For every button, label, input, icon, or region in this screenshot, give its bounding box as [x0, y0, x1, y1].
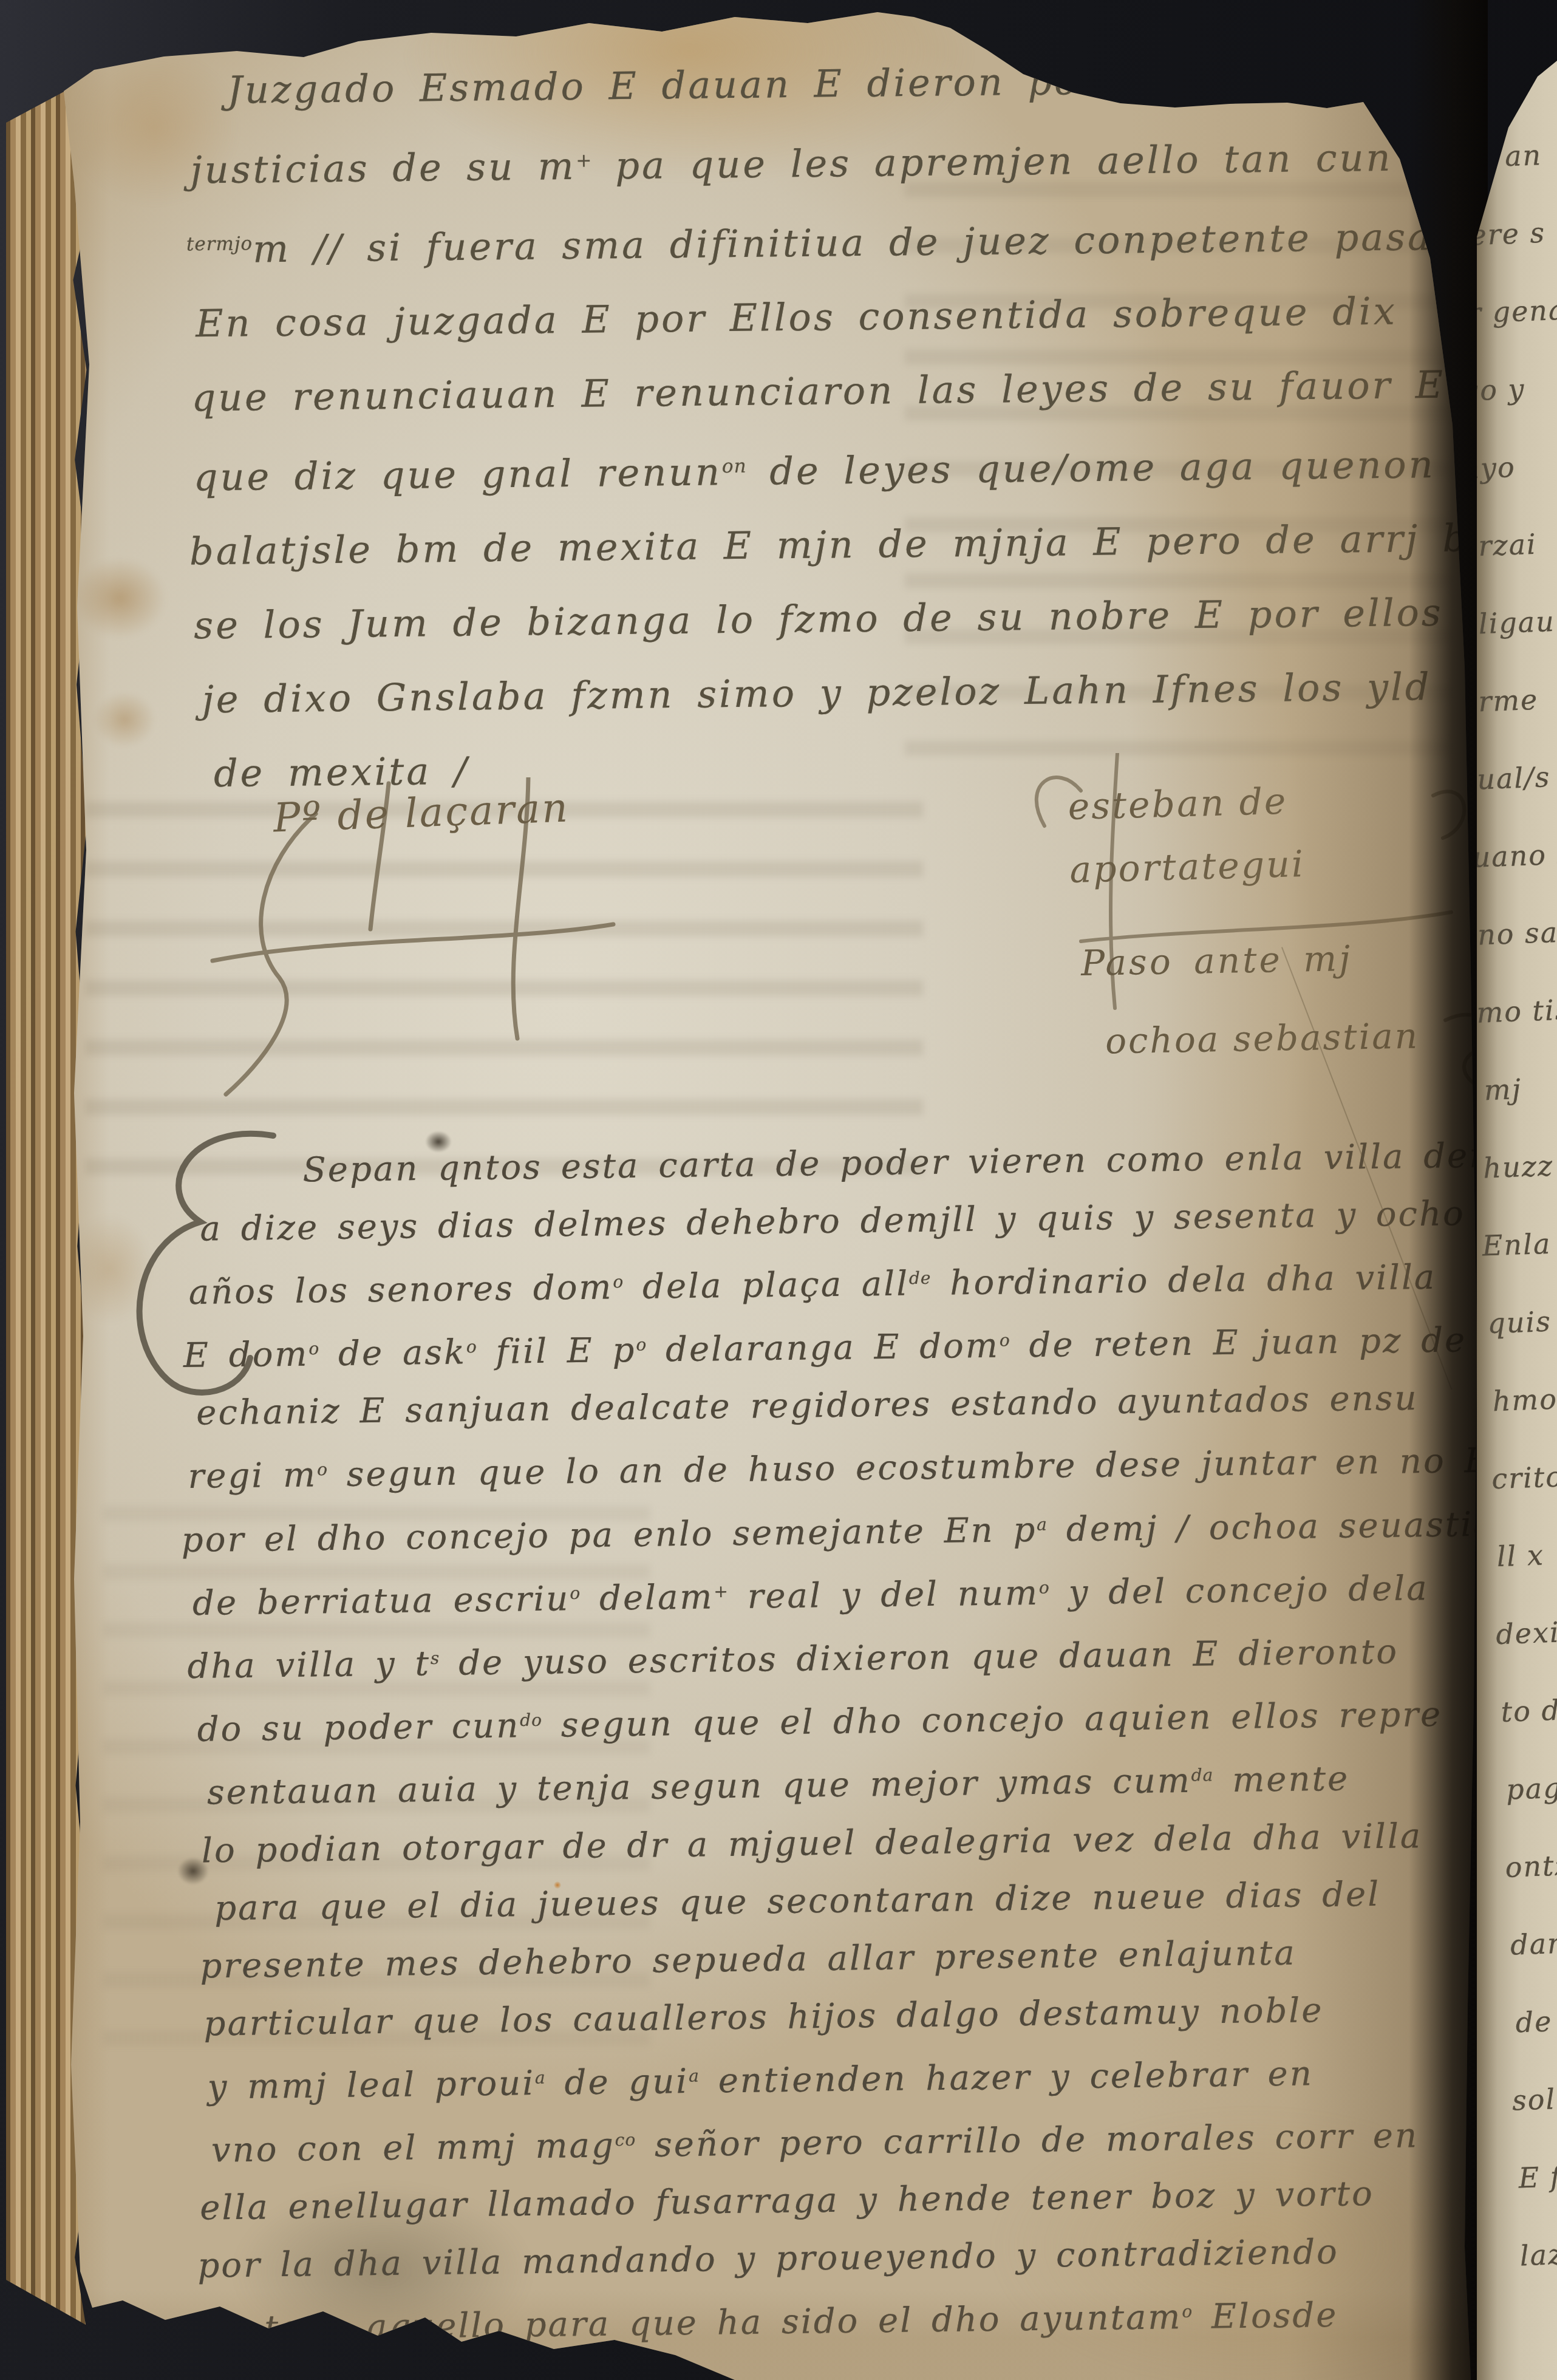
- line-text: mo tis: [1476, 993, 1557, 1029]
- line-text: por la dha villa mandando y proueyendo y…: [197, 2232, 1339, 2286]
- line-text: m // si fuera sma difinitiua de juez con…: [253, 214, 1433, 271]
- foxing-spot: [94, 692, 155, 747]
- manuscript-line: huzz: [1483, 1148, 1557, 1229]
- line-text: solli: [1511, 2082, 1557, 2117]
- line-text: de yuso escritos dixieron que dauan E di…: [440, 1632, 1399, 1683]
- line-text: vno con el mmj mag: [211, 2126, 615, 2170]
- line-text: irme: [1468, 683, 1539, 718]
- manuscript-line: dexis: [1495, 1615, 1557, 1696]
- abbreviation-mark: de: [909, 1268, 932, 1288]
- abbreviation-mark: on: [722, 455, 747, 477]
- paragraph-2: Sepan qntos esta carta de poder vieren c…: [172, 1126, 1557, 2358]
- gutter-shadow: [1409, 0, 1488, 2380]
- line-text: de leyes que/ome aga quenon: [746, 442, 1436, 494]
- manuscript-line: que diz que gnal renunon de leyes que/om…: [193, 420, 1557, 515]
- manuscript-photo: Juzgado Esmado E dauan E dieron poder cu…: [0, 0, 1557, 2380]
- abbreviation-mark: termjo: [186, 233, 253, 255]
- line-text: fiil E p: [477, 1331, 636, 1372]
- manuscript-line: justicias de su m+ pa que les apremjen a…: [190, 113, 1557, 208]
- line-text: jual/s: [1467, 760, 1551, 796]
- line-text: segun que el dho concejo aquien ellos re…: [542, 1695, 1443, 1745]
- line-text: hmo: [1492, 1382, 1557, 1417]
- manuscript-line: ll x: [1496, 1537, 1557, 1618]
- line-text: y mmj leal proui: [207, 2064, 535, 2107]
- line-text: dela plaça all: [624, 1264, 910, 1307]
- line-text: ella enellugar llamado fusarraga y hende…: [200, 2174, 1374, 2228]
- line-text: Elosde: [1193, 2296, 1338, 2337]
- manuscript-line: En cosa juzgada E por Ellos consentida s…: [196, 272, 1557, 361]
- line-text: mj: [1484, 1072, 1522, 1106]
- abbreviation-mark: +: [714, 1581, 729, 1601]
- abbreviation-mark: do: [520, 1710, 542, 1730]
- abbreviation-mark: da: [1191, 1765, 1214, 1785]
- manuscript-line: Enla: [1482, 1226, 1557, 1307]
- manuscript-line: mo tis: [1476, 994, 1557, 1074]
- manuscript-line: E fil: [1518, 2158, 1557, 2239]
- line-text: sentauan auia y tenja segun que mejor ym…: [207, 1761, 1192, 1813]
- abbreviation-mark: a: [1037, 1514, 1048, 1534]
- line-text: de reten E juan pz de: [1010, 1320, 1467, 1365]
- signature-right-line: esteban de: [1067, 769, 1304, 839]
- line-text: justicias de su m: [190, 144, 576, 193]
- line-text: En todo aquello para que ha sido el dho …: [195, 2297, 1182, 2349]
- line-text: Sepan qntos esta carta de poder vieren c…: [302, 1135, 1557, 1190]
- manuscript-line: je dixo Gnslaba fzmn simo y pzeloz Lahn …: [202, 648, 1557, 737]
- line-text: delam: [581, 1577, 714, 1618]
- signature-left: Pº de laçaran: [273, 785, 570, 842]
- line-text: delaranga E dom: [647, 1326, 1000, 1370]
- line-text: señor pero carrillo de morales corr en: [636, 2116, 1419, 2165]
- manuscript-line: Juzgado Esmado E dauan E dieron poder cu…: [227, 39, 1557, 128]
- line-text: E dom: [183, 1335, 309, 1376]
- manuscript-line: termjom // si fuera sma difinitiua de ju…: [186, 193, 1557, 287]
- manuscript-line: dar P: [1510, 1926, 1557, 2007]
- line-text: echaniz E sanjuan dealcate regidores est…: [196, 1379, 1419, 1433]
- line-text: y del concejo dela: [1050, 1569, 1429, 1613]
- line-text: E fil: [1518, 2160, 1557, 2195]
- line-text: regi m: [188, 1456, 317, 1497]
- abbreviation-mark: o: [466, 1337, 477, 1357]
- line-text: a dize seys dias delmes dehebro demjll y…: [200, 1194, 1465, 1249]
- line-text: de ger: [1515, 2003, 1557, 2039]
- manuscript-line: no sau: [1477, 916, 1557, 997]
- manuscript-line: solli: [1511, 2081, 1557, 2162]
- line-text: que diz que gnal renun: [193, 450, 722, 500]
- manuscript-line: jual/s: [1467, 760, 1557, 841]
- facing-page-edge: llo anuere sor genago ynyoorzaioligauirm…: [1477, 36, 1557, 2380]
- abbreviation-mark: o: [636, 1335, 647, 1355]
- line-text: to del: [1501, 1693, 1557, 1728]
- abbreviation-mark: o: [1000, 1330, 1010, 1350]
- line-text: real y del num: [729, 1574, 1040, 1617]
- line-text: se los Jum de bizanga lo fzmo de su nobr…: [194, 588, 1557, 648]
- abbreviation-mark: o: [1039, 1577, 1050, 1597]
- line-text: je dixo Gnslaba fzmn simo y pzeloz Lahn …: [202, 664, 1432, 721]
- line-text: lazes: [1519, 2237, 1557, 2272]
- line-text: ontza: [1505, 1848, 1557, 1884]
- line-text: presente mes dehebro sepueda allar prese…: [200, 1933, 1296, 1986]
- line-text: lo podian otorgar de dr a mjguel dealegr…: [202, 1816, 1423, 1870]
- line-text: dexis: [1495, 1615, 1557, 1651]
- line-text: huzz: [1483, 1149, 1555, 1184]
- line-text: para que el dia jueues que secontaran di…: [214, 1874, 1381, 1928]
- line-text: En cosa juzgada E por Ellos consentida s…: [196, 289, 1397, 346]
- notary-signature: ochoa sebastian: [1105, 1015, 1419, 1062]
- foxing-spot: [74, 559, 165, 638]
- line-text: pa que les apremjen aello tan cun: [592, 135, 1393, 188]
- abbreviation-mark: o: [613, 1272, 624, 1292]
- manuscript-line: pagaz: [1505, 1770, 1557, 1851]
- signature-right-line: aportategui: [1069, 833, 1306, 902]
- line-text: particular que los caualleros hijos dalg…: [203, 1990, 1324, 2044]
- manuscript-line: de ger: [1515, 2003, 1557, 2084]
- line-text: no sau: [1477, 915, 1557, 952]
- line-text: de gui: [545, 2061, 689, 2102]
- manuscript-line: lazes: [1519, 2236, 1557, 2317]
- line-text: uano su: [1472, 837, 1557, 874]
- line-text: entienden hazer y celebrar en: [699, 2054, 1313, 2101]
- ink-showthrough: [85, 802, 923, 1178]
- manuscript-page: Juzgado Esmado E dauan E dieron poder cu…: [36, 0, 1506, 2380]
- manuscript-line: mj: [1484, 1071, 1557, 1152]
- abbreviation-mark: +: [576, 149, 592, 171]
- line-text: de ask: [319, 1333, 466, 1374]
- abbreviation-mark: s: [431, 1648, 440, 1668]
- abbreviation-mark: co: [615, 2130, 636, 2150]
- line-text: segun que lo an de huso ecostumbre dese …: [328, 1441, 1491, 1495]
- abbreviation-mark: a: [689, 2065, 700, 2085]
- line-text: hordinario dela dha villa: [931, 1258, 1436, 1303]
- abbreviation-mark: o: [570, 1583, 581, 1603]
- manuscript-line: balatjsle bm de mexita E mjn de mjnja E …: [189, 500, 1557, 589]
- line-text: que renunciauan E renunciaron las leyes …: [191, 363, 1445, 420]
- abbreviation-mark: o: [308, 1338, 319, 1359]
- abbreviation-mark: o: [1182, 2302, 1193, 2322]
- line-text: años los senores dom: [188, 1267, 613, 1312]
- line-text: por el dho concejo pa enlo semejante En …: [181, 1510, 1037, 1560]
- manuscript-line: hmo: [1492, 1382, 1557, 1462]
- paragraph-1: Juzgado Esmado E dauan E dieron poder cu…: [185, 39, 1557, 811]
- line-text: de berriatua escriu: [192, 1579, 570, 1623]
- line-text: dha villa y t: [187, 1644, 431, 1686]
- manuscript-line: critos: [1491, 1459, 1557, 1540]
- line-text: mente: [1213, 1759, 1350, 1801]
- line-text: do su poder cun: [197, 1706, 520, 1749]
- line-text: balatjsle bm de mexita E mjn de mjnja E …: [189, 515, 1557, 574]
- signature-right: esteban de aportategui: [1067, 769, 1306, 902]
- attestation-paso-ante-mi: Paso ante mj: [1080, 938, 1352, 984]
- line-text: ll x: [1496, 1538, 1545, 1573]
- manuscript-line: se los Jum de bizanga lo fzmo de su nobr…: [194, 574, 1557, 663]
- line-text: Juzgado Esmado E dauan E dieron poder cu…: [227, 55, 1445, 112]
- manuscript-line: que renunciauan E renunciaron las leyes …: [191, 346, 1557, 435]
- manuscript-line: ontza: [1505, 1848, 1557, 1929]
- manuscript-line: irme: [1468, 683, 1556, 763]
- line-text: critos: [1491, 1459, 1557, 1495]
- abbreviation-mark: o: [317, 1459, 328, 1479]
- abbreviation-mark: a: [535, 2067, 546, 2087]
- line-text: dar P: [1510, 1926, 1557, 1962]
- line-text: pagaz: [1505, 1770, 1557, 1806]
- manuscript-line: uano su: [1472, 838, 1557, 919]
- line-text: quis p: [1487, 1304, 1557, 1340]
- manuscript-line: quis p: [1487, 1304, 1557, 1385]
- line-text: Enla: [1482, 1227, 1552, 1263]
- manuscript-line: to del: [1501, 1693, 1557, 1773]
